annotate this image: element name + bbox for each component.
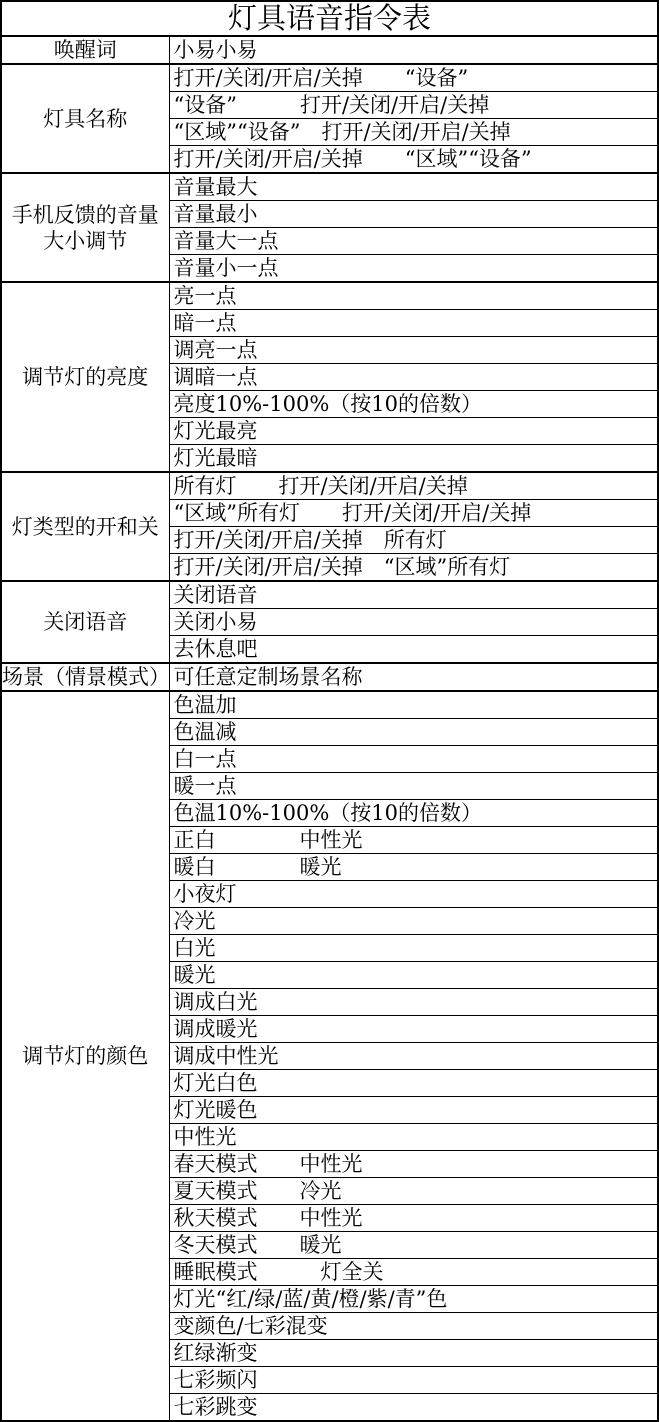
command-cell: 七彩频闪 — [169, 1367, 658, 1394]
command-cell: 冷光 — [169, 908, 658, 935]
command-cell: 灯光最亮 — [169, 418, 658, 445]
category-cell: 唤醒词 — [1, 36, 169, 64]
command-cell: 灯光最暗 — [169, 445, 658, 473]
voice-command-table: 灯具语音指令表 唤醒词小易小易灯具名称打开/关闭/开启/关掉 “设备”“设备” … — [0, 0, 659, 1422]
command-cell: 灯光“红/绿/蓝/黄/橙/紫/青”色 — [169, 1286, 658, 1313]
command-cell: 调亮一点 — [169, 337, 658, 364]
document-sheet: 灯具语音指令表 唤醒词小易小易灯具名称打开/关闭/开启/关掉 “设备”“设备” … — [0, 0, 659, 1422]
command-cell: 调暗一点 — [169, 364, 658, 391]
table-row: 调节灯的亮度亮一点 — [1, 282, 658, 310]
command-cell: 调成中性光 — [169, 1043, 658, 1070]
table-row: 唤醒词小易小易 — [1, 36, 658, 64]
command-cell: 中性光 — [169, 1124, 658, 1151]
command-cell: 打开/关闭/开启/关掉 “区域”“设备” — [169, 146, 658, 174]
category-cell: 场景（情景模式） — [1, 663, 169, 691]
command-cell: 春天模式 中性光 — [169, 1151, 658, 1178]
category-cell: 关闭语音 — [1, 581, 169, 663]
command-cell: 白光 — [169, 935, 658, 962]
command-cell: 灯光暖色 — [169, 1097, 658, 1124]
command-cell: 打开/关闭/开启/关掉 “区域”所有灯 — [169, 554, 658, 582]
command-cell: 去休息吧 — [169, 636, 658, 664]
command-cell: 冬天模式 暖光 — [169, 1232, 658, 1259]
command-cell: 音量小一点 — [169, 255, 658, 283]
command-cell: 小夜灯 — [169, 881, 658, 908]
command-cell: 音量最大 — [169, 173, 658, 201]
table-row: 关闭语音关闭语音 — [1, 581, 658, 609]
table-row: 调节灯的颜色色温加 — [1, 691, 658, 719]
command-cell: 夏天模式 冷光 — [169, 1178, 658, 1205]
command-cell: 打开/关闭/开启/关掉 所有灯 — [169, 527, 658, 554]
command-cell: 关闭语音 — [169, 581, 658, 609]
command-cell: 关闭小易 — [169, 609, 658, 636]
command-cell: 所有灯 打开/关闭/开启/关掉 — [169, 472, 658, 500]
command-cell: 调成暖光 — [169, 1016, 658, 1043]
title-row: 灯具语音指令表 — [1, 1, 658, 36]
table-title: 灯具语音指令表 — [1, 1, 658, 36]
category-cell: 灯具名称 — [1, 64, 169, 173]
command-cell: 正白 中性光 — [169, 827, 658, 854]
command-cell: 亮度10%-100%（按10的倍数） — [169, 391, 658, 418]
command-cell: 调成白光 — [169, 989, 658, 1016]
command-cell: 可任意定制场景名称 — [169, 663, 658, 691]
command-cell: 亮一点 — [169, 282, 658, 310]
table-row: 场景（情景模式）可任意定制场景名称 — [1, 663, 658, 691]
category-cell: 调节灯的亮度 — [1, 282, 169, 472]
category-cell: 灯类型的开和关 — [1, 472, 169, 581]
command-cell: 音量最小 — [169, 201, 658, 228]
command-cell: 小易小易 — [169, 36, 658, 64]
command-cell: 变颜色/七彩混变 — [169, 1313, 658, 1340]
command-cell: 红绿渐变 — [169, 1340, 658, 1367]
command-cell: 灯光白色 — [169, 1070, 658, 1097]
command-cell: 七彩跳变 — [169, 1394, 658, 1422]
command-cell: 暗一点 — [169, 310, 658, 337]
command-cell: 色温减 — [169, 719, 658, 746]
command-cell: 暖白 暖光 — [169, 854, 658, 881]
command-cell: 色温10%-100%（按10的倍数） — [169, 800, 658, 827]
command-cell: 秋天模式 中性光 — [169, 1205, 658, 1232]
command-cell: 色温加 — [169, 691, 658, 719]
command-cell: 暖一点 — [169, 773, 658, 800]
table-row: 手机反馈的音量大小调节音量最大 — [1, 173, 658, 201]
command-cell: “区域”“设备” 打开/关闭/开启/关掉 — [169, 119, 658, 146]
table-row: 灯类型的开和关所有灯 打开/关闭/开启/关掉 — [1, 472, 658, 500]
table-row: 灯具名称打开/关闭/开启/关掉 “设备” — [1, 64, 658, 92]
command-cell: “区域”所有灯 打开/关闭/开启/关掉 — [169, 500, 658, 527]
command-cell: 睡眠模式 灯全关 — [169, 1259, 658, 1286]
command-cell: 白一点 — [169, 746, 658, 773]
category-cell: 调节灯的颜色 — [1, 691, 169, 1421]
command-cell: 音量大一点 — [169, 228, 658, 255]
command-cell: 打开/关闭/开启/关掉 “设备” — [169, 64, 658, 92]
command-cell: 暖光 — [169, 962, 658, 989]
command-table-body: 唤醒词小易小易灯具名称打开/关闭/开启/关掉 “设备”“设备” 打开/关闭/开启… — [1, 36, 658, 1421]
command-cell: “设备” 打开/关闭/开启/关掉 — [169, 92, 658, 119]
category-cell: 手机反馈的音量大小调节 — [1, 173, 169, 282]
